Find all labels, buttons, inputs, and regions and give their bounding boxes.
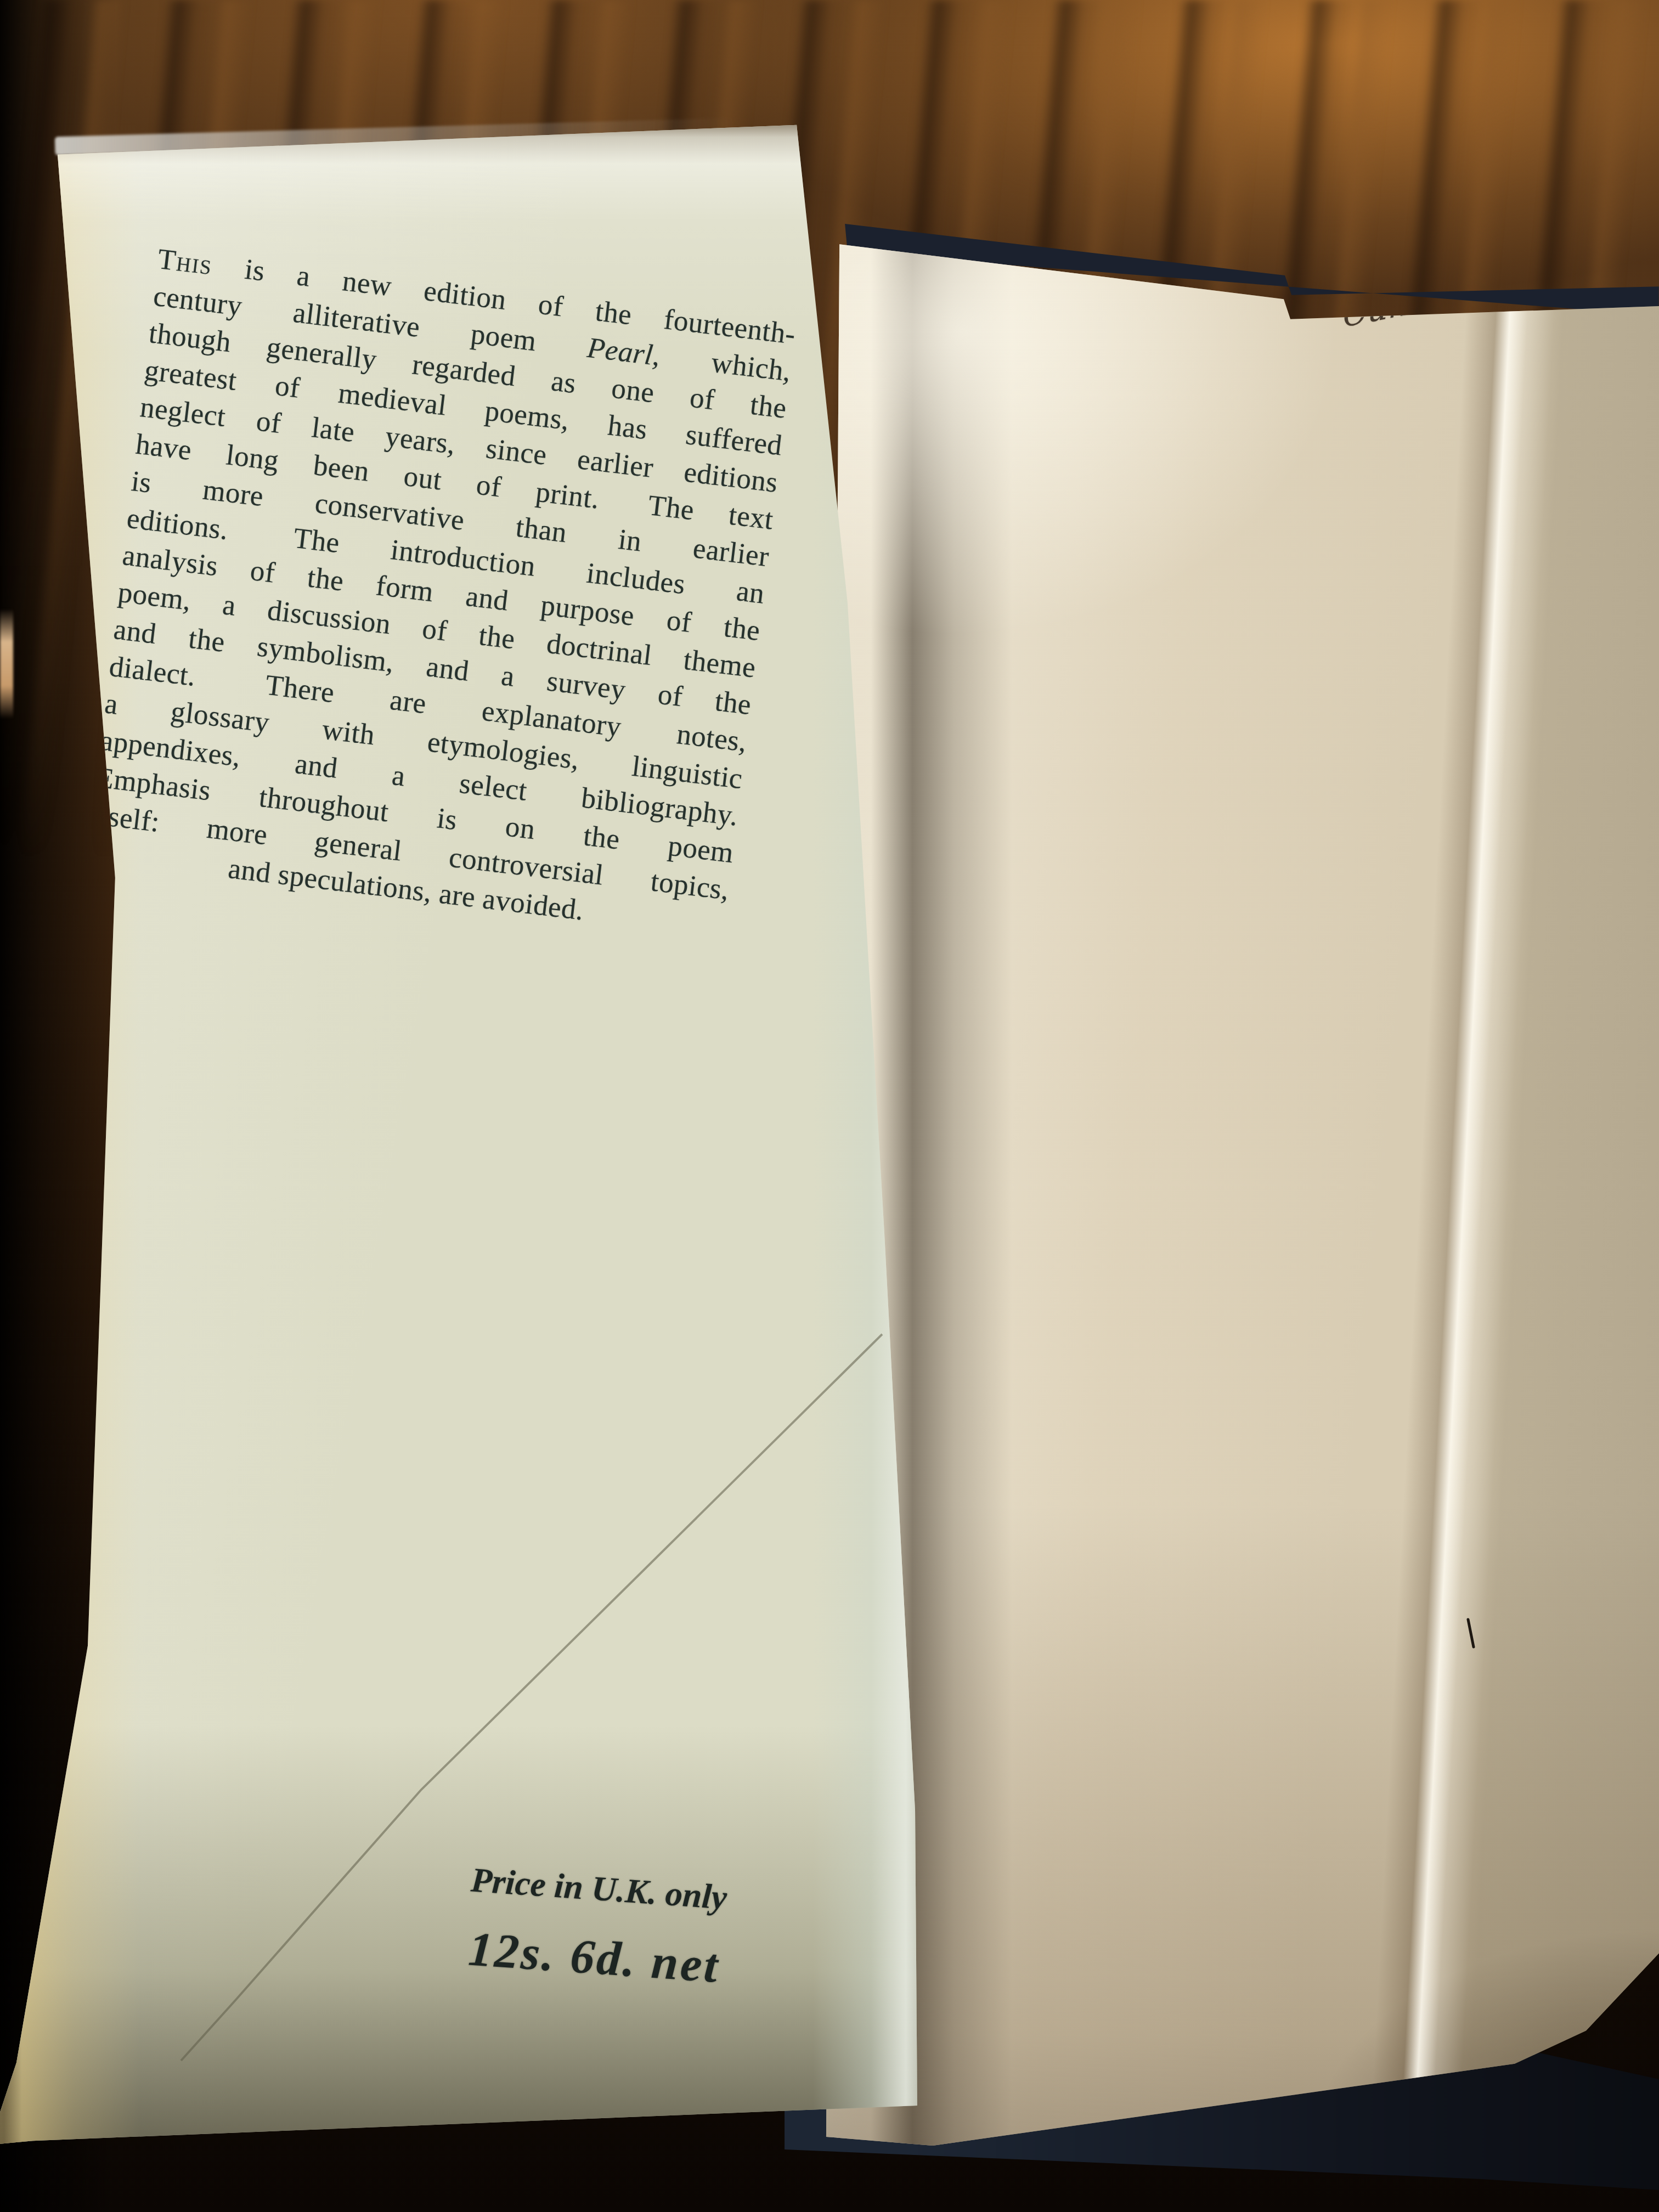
price-note: Price in U.K. only: [420, 1857, 778, 1920]
jacket-blurb: This is a new edition of the fourteenth-…: [85, 240, 798, 946]
price-block: Price in U.K. only 12s. 6d. net: [414, 1857, 778, 1997]
warm-light-sliver: [0, 609, 13, 719]
blurb-italic-title: Pearl: [585, 332, 654, 371]
price-value: 12s. 6d. net: [414, 1920, 774, 1997]
open-book-photograph: Cunningham This is a new edition of the …: [0, 0, 1659, 2212]
blurb-text: This: [156, 243, 215, 281]
